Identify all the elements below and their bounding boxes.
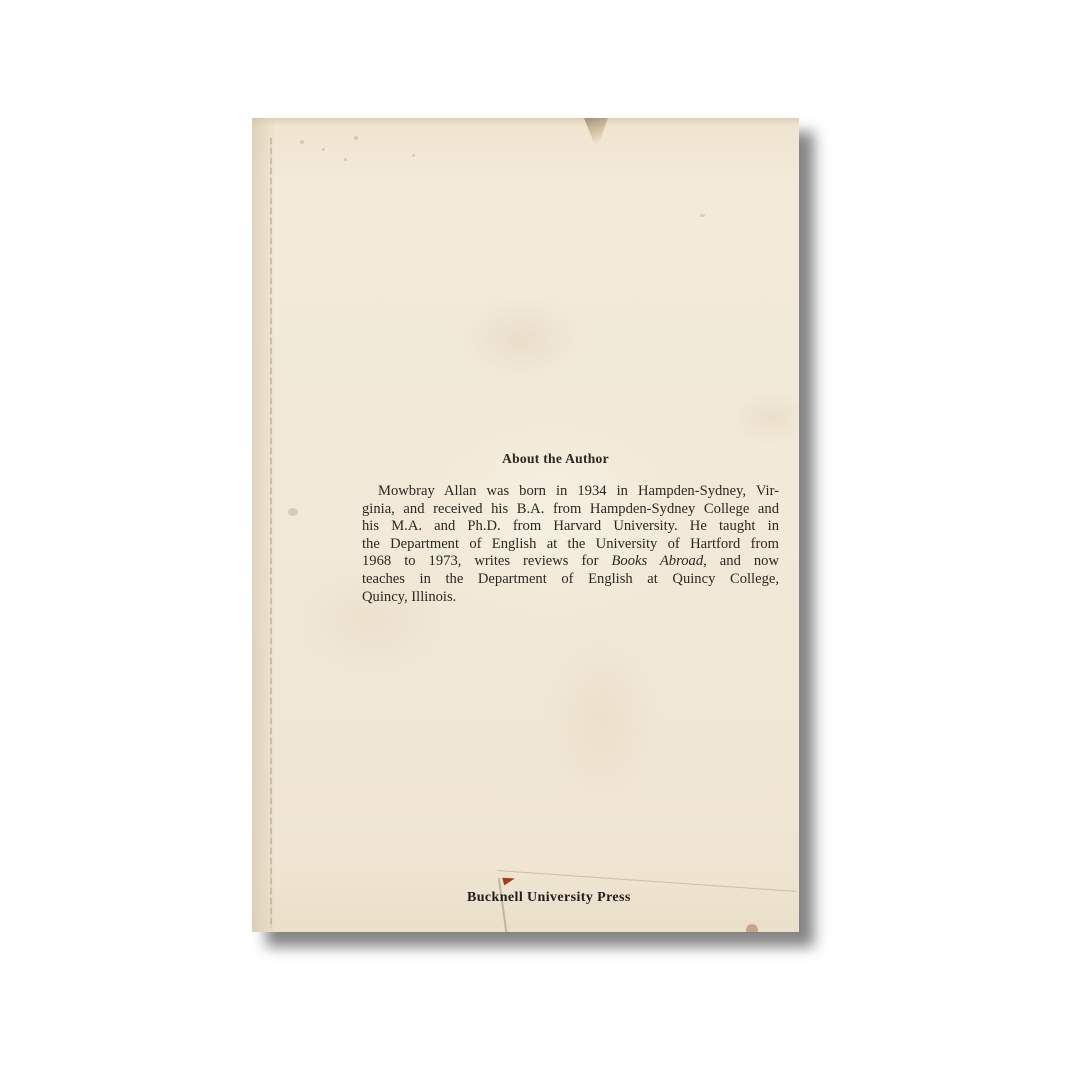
foxing-spot: [344, 158, 347, 161]
fold-line: [270, 138, 272, 928]
bio-line: Mowbray Allan was born in 1934 in Hampde…: [362, 483, 779, 501]
foxing-spot: [288, 508, 298, 516]
foxing-spot: [300, 140, 304, 144]
publication-title: Books Abroad,: [611, 553, 706, 569]
top-edge-wear: [252, 118, 799, 126]
bio-line-5-start: 1968 to 1973, writes reviews for: [362, 553, 598, 569]
about-author-heading: About the Author: [252, 451, 799, 467]
top-tear: [584, 118, 608, 148]
foxing-spot: [322, 148, 325, 151]
bio-line: Quincy, Illinois.: [362, 589, 779, 607]
foxing-spot: [412, 154, 415, 157]
foxing-spot: [354, 136, 358, 140]
bottom-right-stain: [746, 924, 758, 932]
photo-stage: About the Author Mowbray Allan was born …: [0, 0, 1080, 1080]
bio-line: his M.A. and Ph.D. from Harvard Universi…: [362, 518, 779, 536]
publisher-imprint: Bucknell University Press: [467, 890, 631, 906]
foxing-spot: [700, 214, 705, 217]
book-back-cover: About the Author Mowbray Allan was born …: [252, 118, 799, 932]
bio-line-5: 1968 to 1973, writes reviews for Books A…: [362, 553, 779, 571]
bio-line-5-end: and now: [720, 553, 779, 569]
bio-line: the Department of English at the Univers…: [362, 536, 779, 554]
author-bio: Mowbray Allan was born in 1934 in Hampde…: [362, 483, 779, 606]
bio-line: ginia, and received his B.A. from Hampde…: [362, 501, 779, 519]
bio-line: teaches in the Department of English at …: [362, 571, 779, 589]
